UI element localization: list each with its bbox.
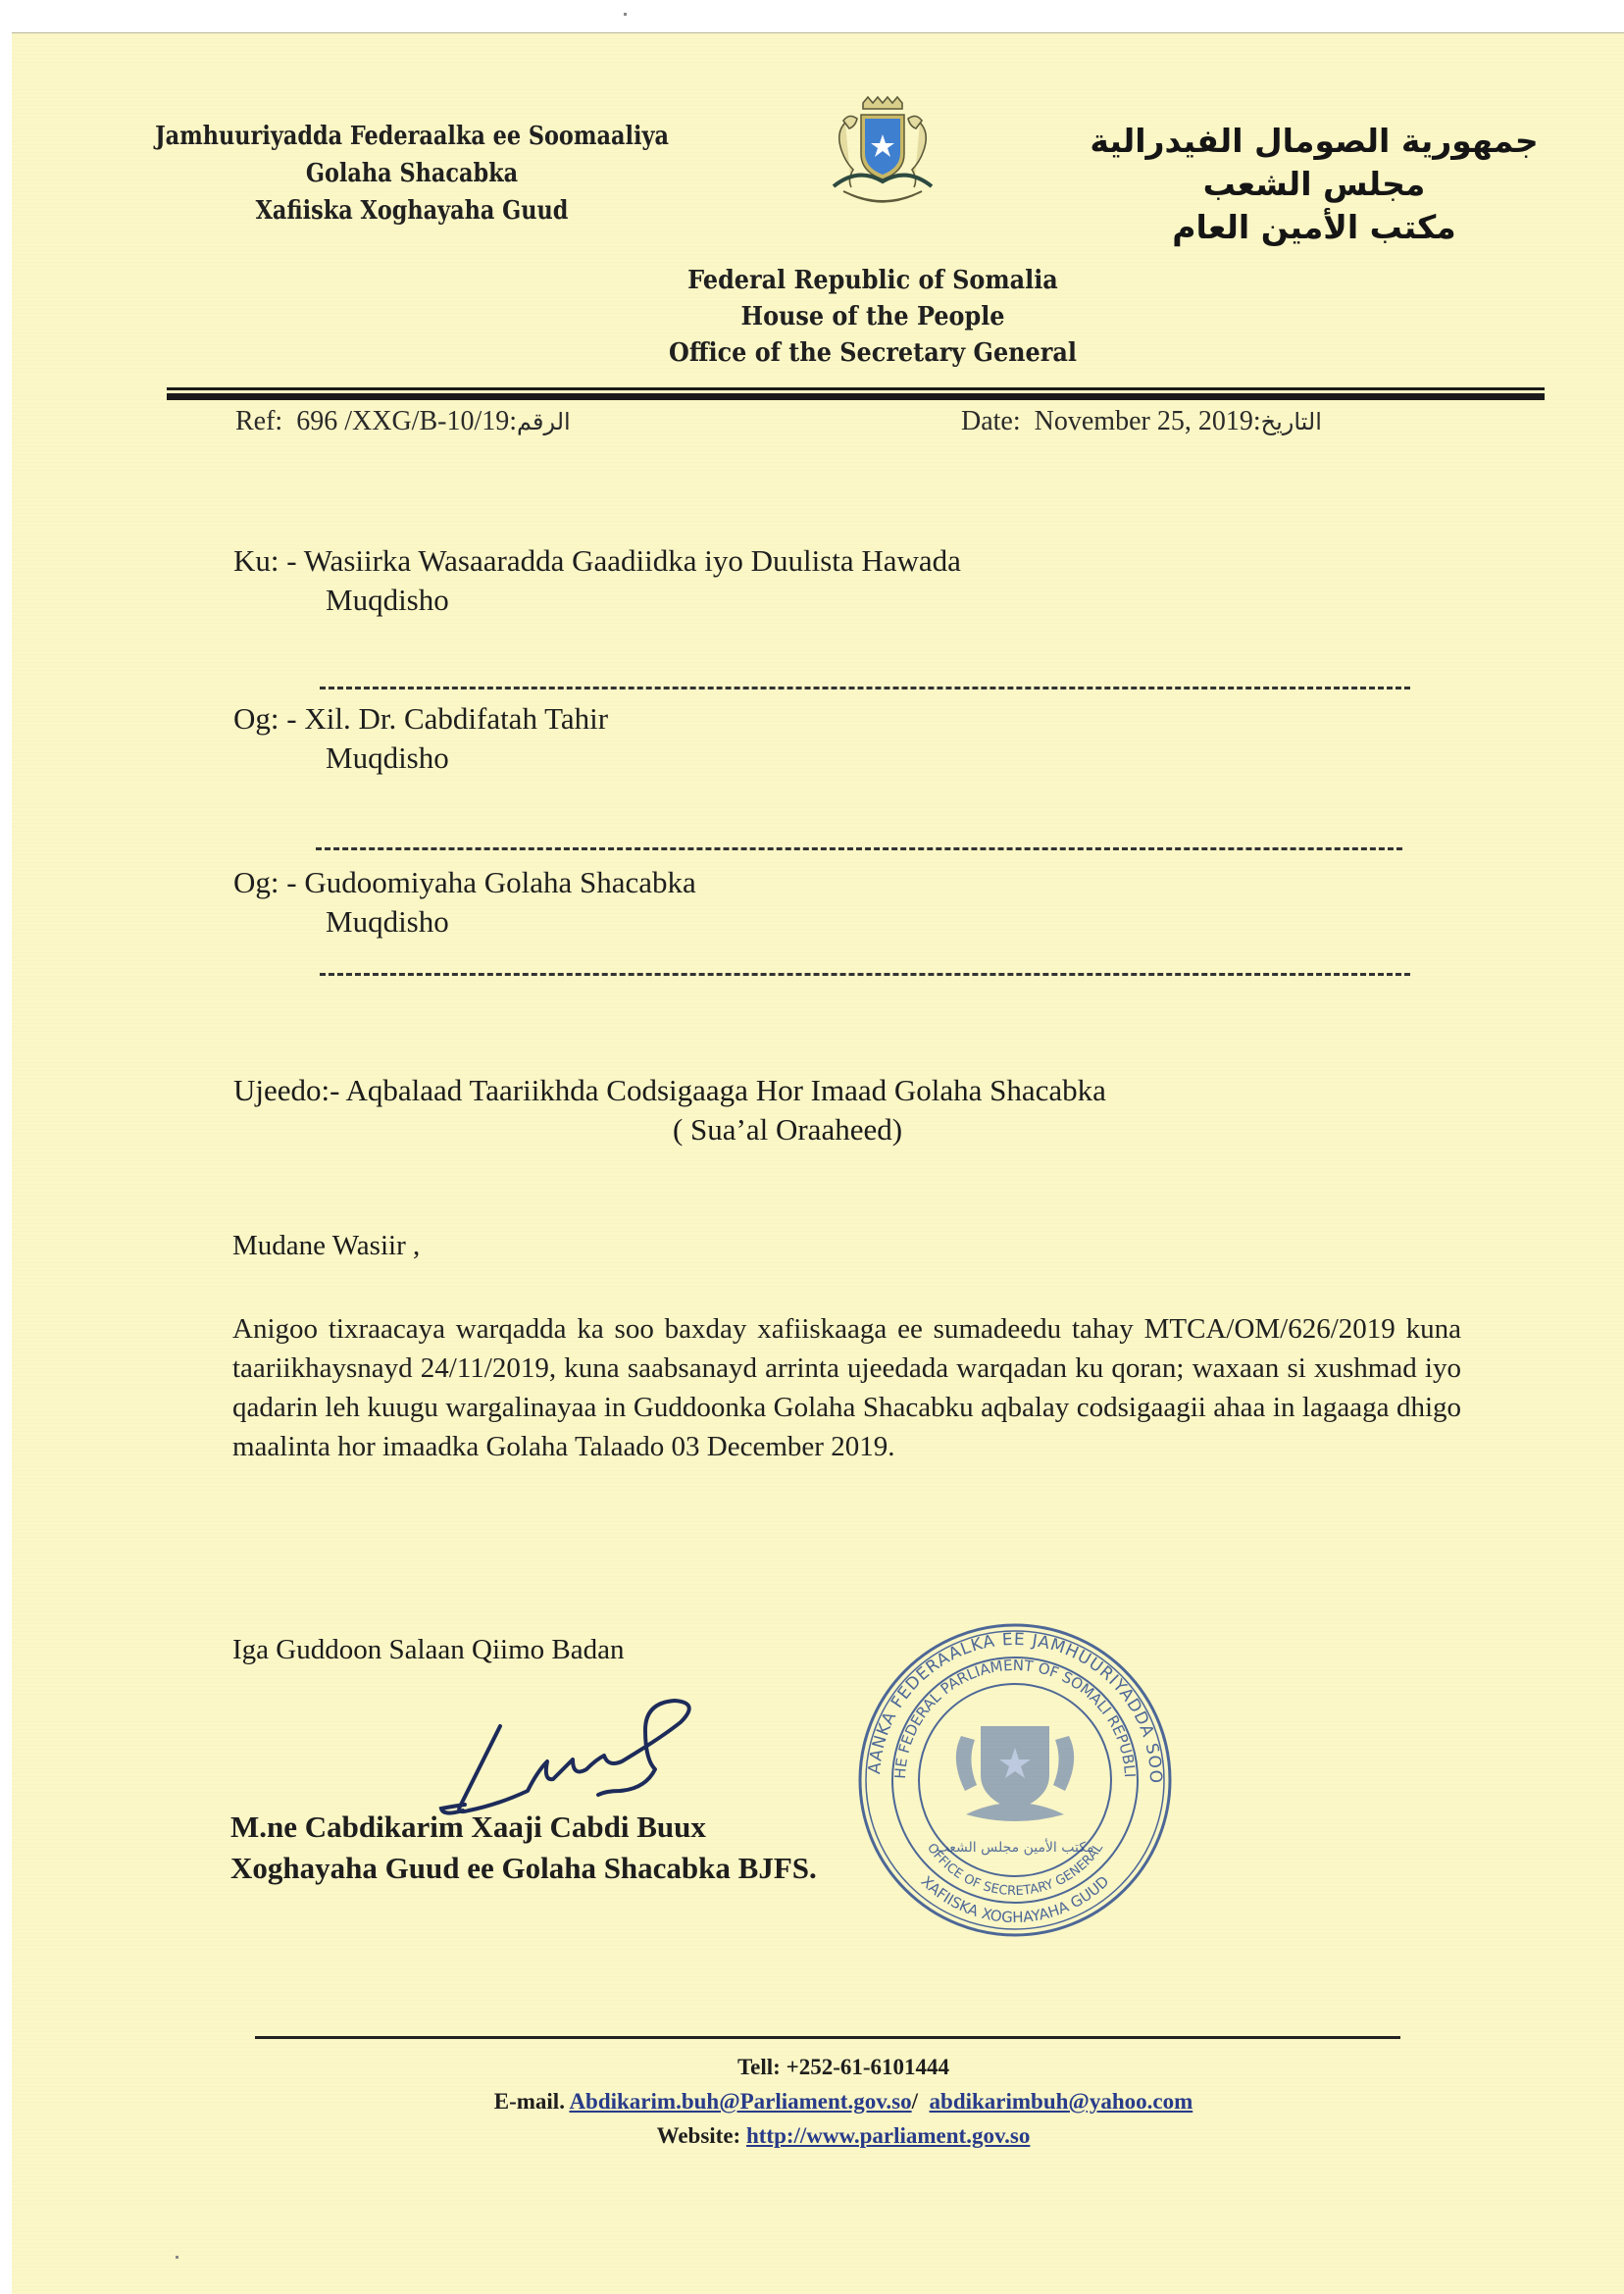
phone-label: Tell:	[737, 2055, 781, 2079]
reference-arabic-label: الرقم	[517, 408, 571, 435]
official-stamp-icon: BAARLAMAANKA FEDERAALKA EE JAMHUURIYADDA…	[853, 1618, 1177, 1942]
letterhead-arabic-line: مجلس الشعب	[1079, 163, 1549, 206]
reference-value: 696 /XXG/B-10/19:	[296, 406, 517, 436]
scan-speck	[176, 2256, 178, 2259]
recipient-name: Xil. Dr. Cabdifatah Tahir	[304, 701, 608, 736]
date-label: Date:	[961, 406, 1021, 436]
salutation: Mudane Wasiir ,	[232, 1226, 420, 1265]
letterhead-english-line: Federal Republic of Somalia	[630, 263, 1117, 299]
subject-subtitle: ( Sua’al Oraaheed)	[233, 1110, 1342, 1149]
header-divider-thin	[167, 387, 1545, 390]
recipient-name: Wasiirka Wasaaradda Gaadiidka iyo Duulis…	[304, 543, 961, 578]
footer-phone: Tell: +252-61-6101444	[294, 2050, 1393, 2084]
contact-footer: Tell: +252-61-6101444 E-mail. Abdikarim.…	[294, 2050, 1393, 2153]
phone-number: +252-61-6101444	[787, 2055, 949, 2079]
footer-divider	[255, 2036, 1400, 2039]
stamp-arabic-center: مكتب الأمين مجلس الشعب	[937, 1838, 1094, 1856]
reference-number: Ref: 696 /XXG/B-10/19:الرقم	[235, 400, 571, 443]
letterhead-arabic-line: مكتب الأمين العام	[1079, 206, 1549, 249]
somalia-coat-of-arms-icon	[824, 93, 941, 211]
recipient-to: Ku: - Wasiirka Wasaaradda Gaadiidka iyo …	[233, 541, 961, 620]
recipient-prefix: Og: -	[233, 865, 297, 899]
reference-label: Ref:	[235, 406, 282, 436]
email-label: E-mail.	[494, 2089, 565, 2114]
recipient-city: Muqdisho	[233, 739, 608, 778]
dashed-divider	[320, 973, 1410, 976]
date-arabic-label: التاريخ	[1261, 408, 1322, 435]
letterhead-somali-line: Jamhuuriyadda Federaalka ee Soomaaliya	[150, 118, 673, 155]
letterhead-english-line: Office of the Secretary General	[630, 335, 1117, 372]
date-value: November 25, 2019:	[1035, 406, 1261, 436]
letterhead-arabic-line: جمهورية الصومال الفيدرالية	[1079, 120, 1549, 163]
recipient-city: Muqdisho	[233, 581, 961, 620]
letterhead-english-line: House of the People	[630, 299, 1117, 335]
recipient-prefix: Ku: -	[233, 543, 297, 578]
dashed-divider	[320, 687, 1410, 689]
handwritten-signature	[412, 1687, 804, 1824]
dashed-divider	[316, 847, 1402, 850]
recipient-cc-2: Og: - Gudoomiyaha Golaha Shacabka Muqdis…	[233, 863, 696, 942]
letterhead-somali: Jamhuuriyadda Federaalka ee Soomaaliya G…	[150, 118, 673, 229]
scan-speck	[624, 13, 627, 16]
website-label: Website:	[657, 2123, 741, 2148]
email-separator: /	[912, 2089, 918, 2114]
header-divider-thick	[167, 393, 1545, 400]
website-link[interactable]: http://www.parliament.gov.so	[746, 2123, 1030, 2148]
letterhead-somali-line: Golaha Shacabka	[150, 155, 673, 192]
signer-title: Xoghayaha Guud ee Golaha Shacabka BJFS.	[230, 1848, 817, 1889]
footer-website: Website: http://www.parliament.gov.so	[294, 2118, 1393, 2153]
email-link-yahoo[interactable]: abdikarimbuh@yahoo.com	[930, 2089, 1193, 2114]
letterhead-somali-line: Xafiiska Xoghayaha Guud	[150, 192, 673, 229]
subject-line: Ujeedo:- Aqbalaad Taariikhda Codsigaaga …	[233, 1071, 1106, 1110]
email-link-parliament[interactable]: Abdikarim.buh@Parliament.gov.so	[569, 2089, 911, 2114]
closing-remark: Iga Guddoon Salaan Qiimo Badan	[232, 1630, 624, 1669]
signer-name: M.ne Cabdikarim Xaaji Cabdi Buux	[230, 1807, 817, 1848]
letterhead-english: Federal Republic of Somalia House of the…	[630, 263, 1117, 372]
recipient-prefix: Og: -	[233, 701, 297, 736]
signer-block: M.ne Cabdikarim Xaaji Cabdi Buux Xoghaya…	[230, 1807, 817, 1889]
letter-body: Anigoo tixraacaya warqadda ka soo baxday…	[232, 1309, 1461, 1466]
recipient-city: Muqdisho	[233, 902, 696, 942]
letterhead-arabic: جمهورية الصومال الفيدرالية مجلس الشعب مك…	[1079, 120, 1549, 249]
footer-email: E-mail. Abdikarim.buh@Parliament.gov.so/…	[294, 2084, 1393, 2118]
letter-date: Date: November 25, 2019:التاريخ	[961, 400, 1322, 443]
recipient-cc-1: Og: - Xil. Dr. Cabdifatah Tahir Muqdisho	[233, 699, 608, 778]
recipient-name: Gudoomiyaha Golaha Shacabka	[304, 865, 695, 899]
